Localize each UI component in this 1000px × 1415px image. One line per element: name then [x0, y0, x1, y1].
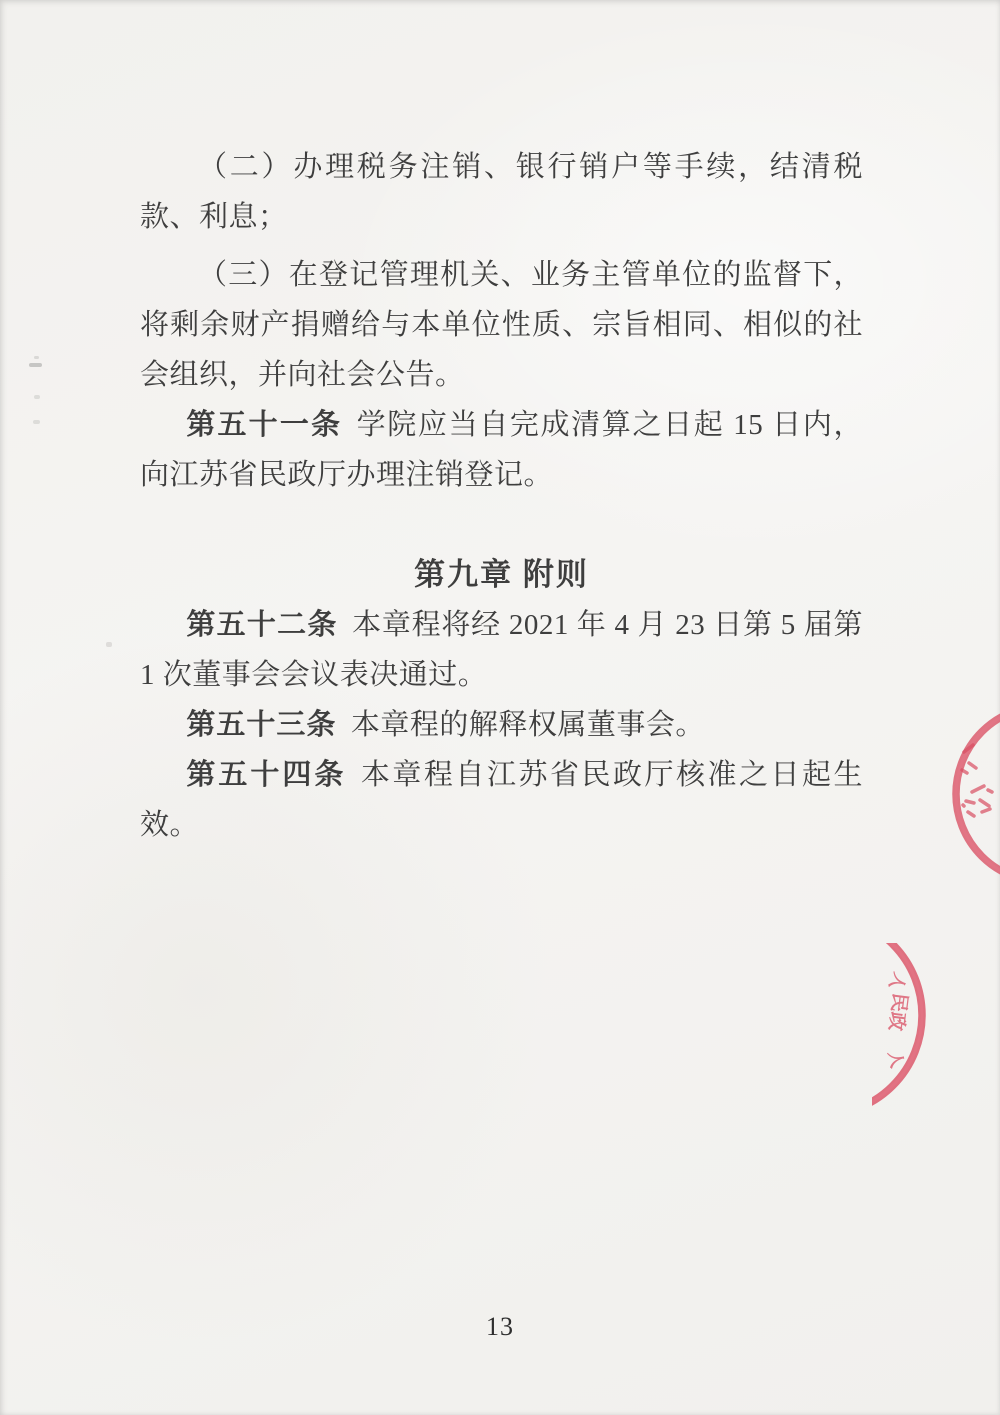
binding-marks — [0, 0, 60, 1415]
clause-text: （二）办理税务注销、银行销户等手续，结清税款、利息； — [140, 151, 863, 233]
article-paragraph: 第五十一条学院应当自完成清算之日起 15 日内，向江苏省民政厅办理注销登记。 — [140, 400, 863, 500]
seal-character: 民政 — [885, 992, 912, 1033]
seal-text-fragments — [962, 745, 992, 816]
binding-mark — [33, 420, 40, 424]
seal-text-fragments: 人 民政 人 — [885, 970, 913, 1070]
article-text: 本章程的解释权属董事会。 — [351, 709, 705, 741]
clause-text: （三）在登记管理机关、业务主管单位的监督下，将剩余财产捐赠给与本单位性质、宗旨相… — [140, 259, 863, 391]
binding-mark — [34, 395, 40, 399]
article-number: 第五十三条 — [186, 709, 336, 741]
article-paragraph: 第五十四条本章程自江苏省民政厅核准之日起生效。 — [140, 750, 863, 850]
article-paragraph: 第五十二条本章程将经 2021 年 4 月 23 日第 5 届第 1 次董事会会… — [140, 600, 863, 700]
seal-character: 人 — [885, 970, 909, 993]
red-seal-stamp-icon: 人 民政 人 — [872, 943, 930, 1115]
seal-rim — [956, 706, 1000, 880]
article-paragraph: 第五十三条本章程的解释权属董事会。 — [140, 700, 863, 750]
seal-character: 人 — [885, 1049, 907, 1070]
binding-mark — [34, 356, 39, 359]
chapter-heading: 第九章 附则 — [140, 550, 863, 600]
seal-rim — [872, 943, 922, 1115]
article-number: 第五十四条 — [186, 759, 346, 791]
clause-paragraph: （二）办理税务注销、银行销户等手续，结清税款、利息； — [140, 142, 863, 242]
binding-mark — [29, 363, 42, 367]
article-number: 第五十一条 — [186, 409, 342, 441]
article-number: 第五十二条 — [186, 609, 337, 641]
scanned-document-page: （二）办理税务注销、银行销户等手续，结清税款、利息； （三）在登记管理机关、业务… — [0, 0, 1000, 1415]
page-number: 13 — [0, 1312, 1000, 1342]
binding-mark — [106, 642, 112, 647]
red-seal-stamp-icon — [938, 700, 1000, 880]
document-body: （二）办理税务注销、银行销户等手续，结清税款、利息； （三）在登记管理机关、业务… — [140, 142, 863, 850]
clause-paragraph: （三）在登记管理机关、业务主管单位的监督下，将剩余财产捐赠给与本单位性质、宗旨相… — [140, 250, 863, 400]
